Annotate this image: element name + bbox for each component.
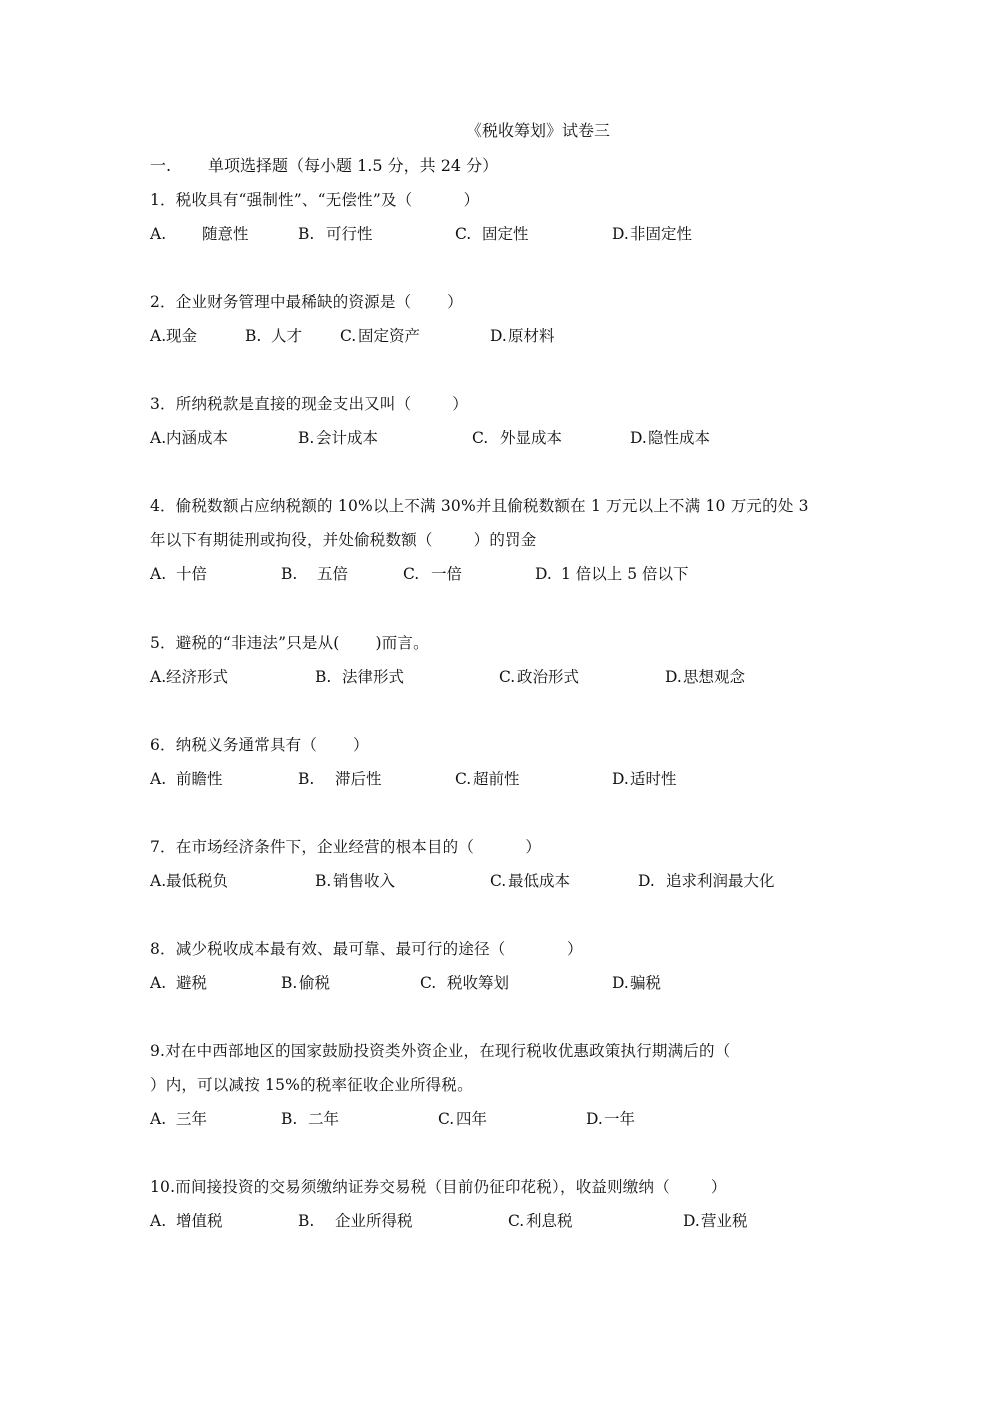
option-a-label: A. [150,1211,166,1231]
option-a: 最低税负 [166,871,228,891]
option-c: 超前性 [473,769,520,789]
option-c: 利息税 [526,1211,573,1231]
option-b: 偷税 [299,973,330,993]
option-b-label: B. [298,428,314,448]
question-text: 7．在市场经济条件下，企业经营的根本目的（ ） [150,837,541,857]
option-b-label: B. [281,973,297,993]
option-d-label: D. [586,1109,603,1129]
option-a-label: A. [150,973,166,993]
question-text-line-1: 4．偷税数额占应纳税额的 10%以上不满 30%并且偷税数额在 1 万元以上不满… [150,496,809,516]
question-text: 2．企业财务管理中最稀缺的资源是（ ） [150,292,463,312]
option-d-label: D. [490,326,507,346]
option-a-label: A. [150,1109,166,1129]
option-d-label: D. [612,973,629,993]
option-c: 外显成本 [500,428,562,448]
option-b: 会计成本 [316,428,378,448]
option-c-label: C. [438,1109,454,1129]
option-a: 十倍 [176,564,207,584]
option-c-label: C. [455,769,471,789]
option-b: 销售收入 [333,871,395,891]
option-a: 三年 [176,1109,207,1129]
option-d: 营业税 [701,1211,748,1231]
question-text: 3．所纳税款是直接的现金支出又叫（ ） [150,394,468,414]
question-text: 8．减少税收成本最有效、最可靠、最可行的途径（ ） [150,939,583,959]
option-d: 骗税 [630,973,661,993]
option-b-label: B. [315,871,331,891]
option-d-label: D. [612,224,629,244]
option-c-label: C. [340,326,356,346]
option-a-label: A. [150,326,166,346]
question-text: 1．税收具有“强制性”、“无偿性”及（ ） [150,190,479,210]
option-a: 经济形式 [166,667,228,687]
option-d-label: D. [665,667,682,687]
option-a: 前瞻性 [176,769,223,789]
option-d: 原材料 [508,326,555,346]
option-d-label: D. [683,1211,700,1231]
option-b: 企业所得税 [335,1211,413,1231]
option-b-label: B. [281,564,297,584]
option-c: 一倍 [431,564,462,584]
option-b: 法律形式 [342,667,404,687]
option-d-label: D. [638,871,655,891]
question-text-line-2: 年以下有期徒刑或拘役，并处偷税数额（ ）的罚金 [150,530,536,550]
option-a-label: A. [150,871,166,891]
option-b-label: B. [281,1109,297,1129]
option-b-label: B. [298,1211,314,1231]
option-b-label: B. [298,769,314,789]
section-number: 一. [150,155,208,177]
option-d: 追求利润最大化 [666,871,775,891]
option-d-label: D. [612,769,629,789]
option-b: 滞后性 [335,769,382,789]
option-a: 避税 [176,973,207,993]
exam-page: 《税收筹划》试卷三 一.单项选择题（每小题 1.5 分，共 24 分） 1．税收… [0,0,993,1404]
option-a-label: A. [150,224,166,244]
option-d: 隐性成本 [648,428,710,448]
option-c-label: C. [455,224,471,244]
option-a: 现金 [166,326,197,346]
question-text-line-2: ）内，可以减按 15%的税率征收企业所得税。 [150,1075,473,1095]
option-b: 可行性 [326,224,373,244]
section-heading: 一.单项选择题（每小题 1.5 分，共 24 分） [150,155,498,177]
option-b: 人才 [271,326,302,346]
question-text: 6．纳税义务通常具有（ ） [150,735,369,755]
option-a-label: A. [150,564,166,584]
option-a-label: A. [150,428,166,448]
option-d: 适时性 [630,769,677,789]
option-a: 内涵成本 [166,428,228,448]
option-b-label: B. [245,326,261,346]
question-text: 10.而间接投资的交易须缴纳证券交易税（目前仍征印花税），收益则缴纳（ ） [150,1177,727,1197]
option-b: 五倍 [317,564,348,584]
option-d: 一年 [604,1109,635,1129]
option-c-label: C. [508,1211,524,1231]
option-c: 固定性 [482,224,529,244]
option-b: 二年 [308,1109,339,1129]
option-c-label: C. [472,428,488,448]
exam-title: 《税收筹划》试卷三 [466,120,610,142]
option-a: 随意性 [202,224,249,244]
option-c-label: C. [499,667,515,687]
option-c-label: C. [420,973,436,993]
question-text: 5．避税的“非违法”只是从( )而言。 [150,633,429,653]
option-c: 最低成本 [508,871,570,891]
option-a: 增值税 [176,1211,223,1231]
option-d: 1 倍以上 5 倍以下 [561,564,689,584]
option-d-label: D. [535,564,552,584]
option-a-label: A. [150,667,166,687]
section-title: 单项选择题（每小题 1.5 分，共 24 分） [208,156,498,175]
option-c: 税收筹划 [447,973,509,993]
option-c-label: C. [403,564,419,584]
option-c: 四年 [456,1109,487,1129]
option-b-label: B. [315,667,331,687]
option-c: 政治形式 [517,667,579,687]
option-d: 非固定性 [630,224,692,244]
option-c-label: C. [490,871,506,891]
option-c: 固定资产 [358,326,420,346]
option-d-label: D. [630,428,647,448]
option-d: 思想观念 [683,667,745,687]
question-text-line-1: 9.对在中西部地区的国家鼓励投资类外资企业，在现行税收优惠政策执行期满后的（ [150,1041,730,1061]
option-a-label: A. [150,769,166,789]
option-b-label: B. [298,224,314,244]
